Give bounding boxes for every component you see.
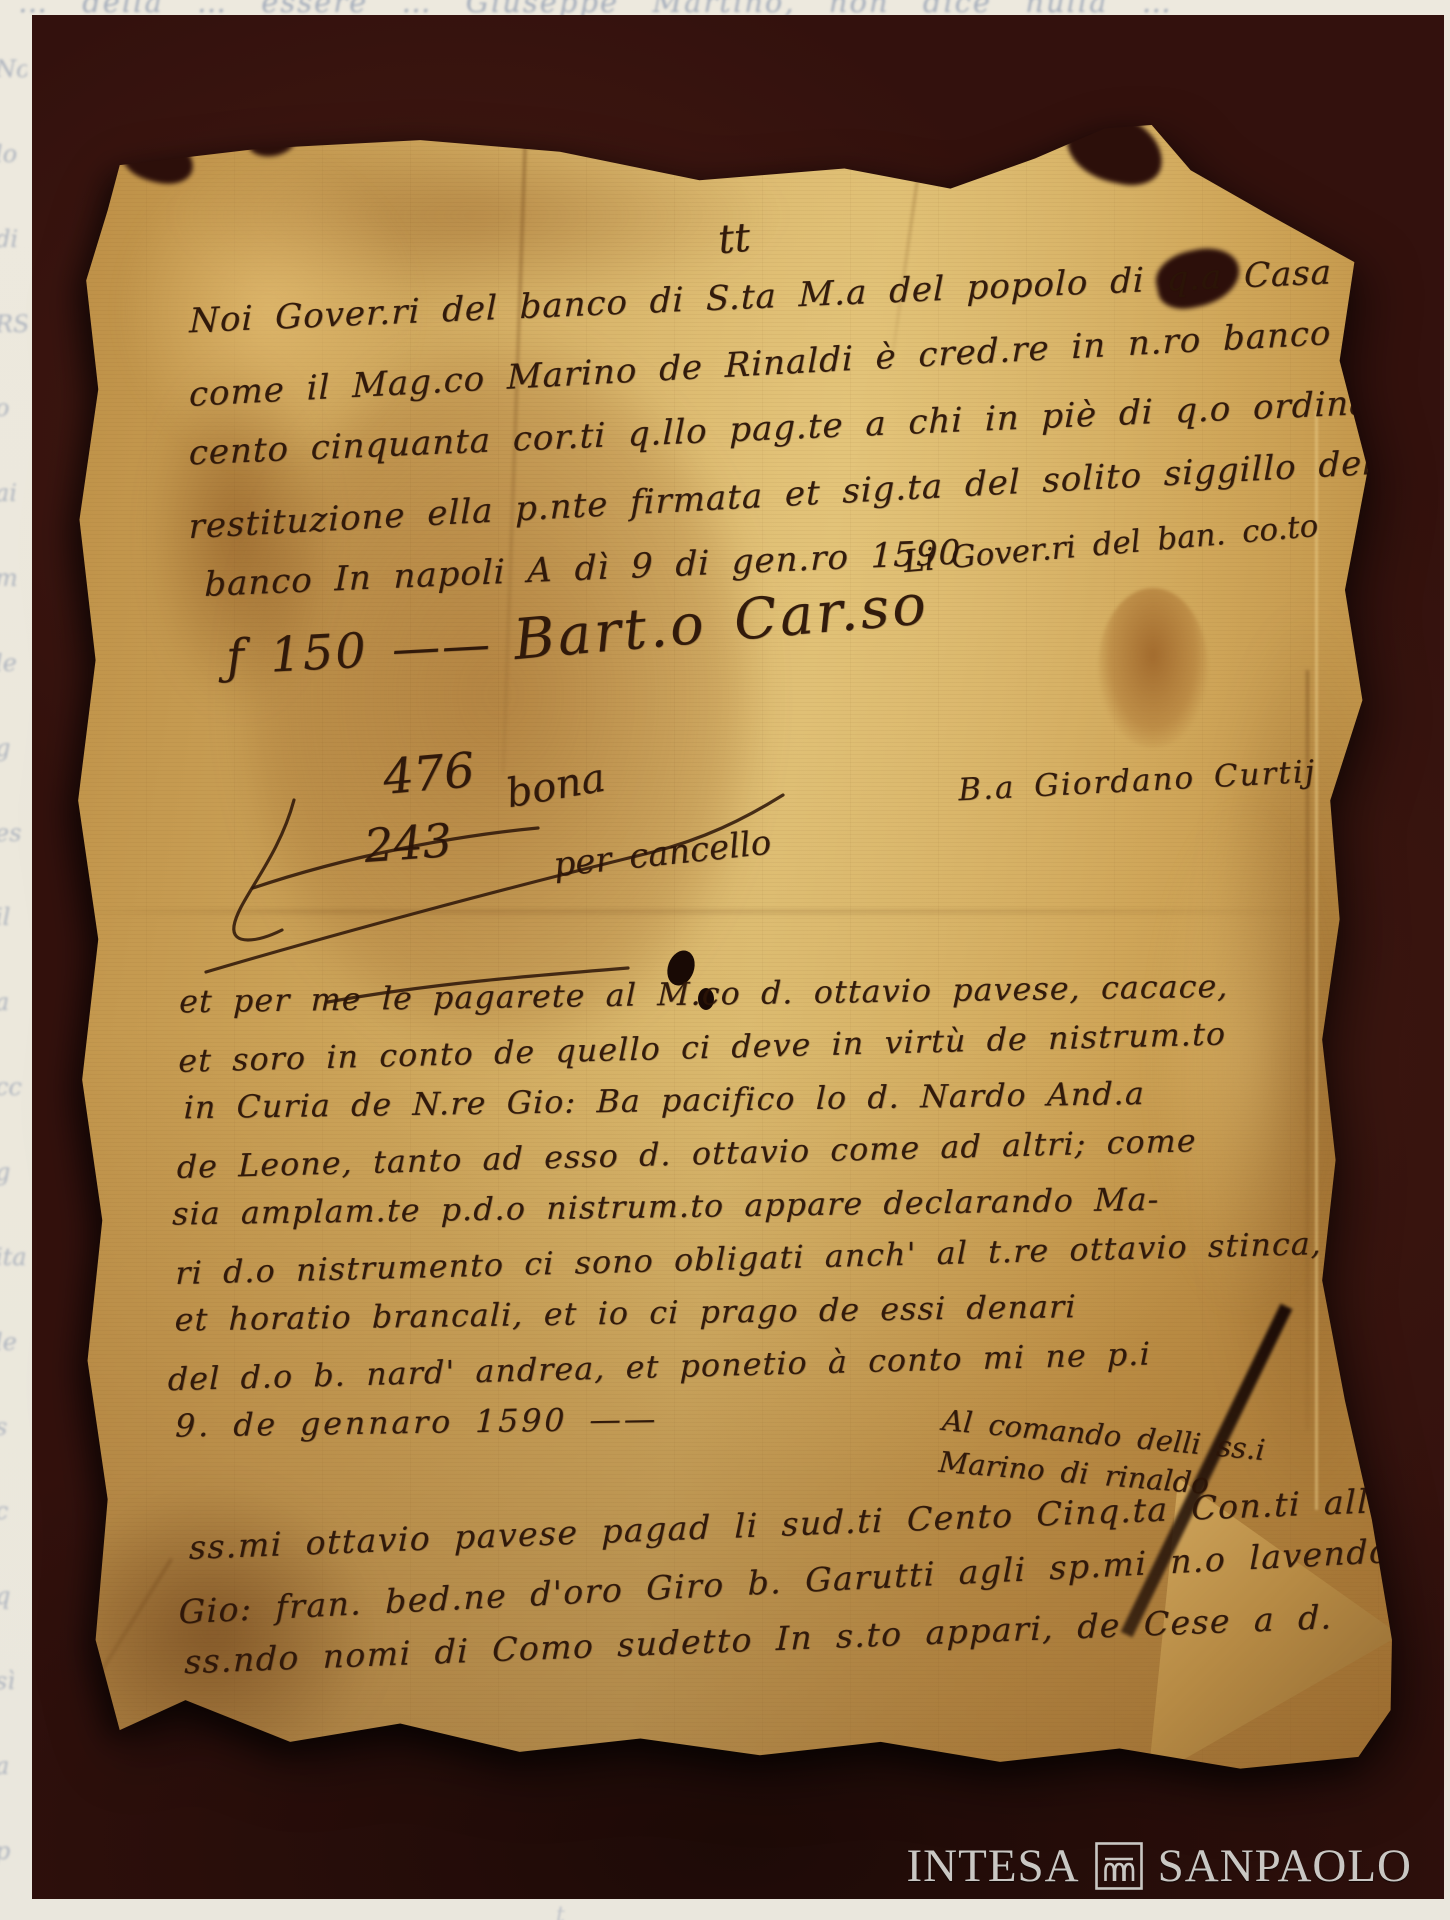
photo-panel: tt Noi Gover.ri del banco di S.ta M.a de… [32,15,1444,1899]
hand-line: RS [0,309,27,337]
document-opening-block: Noi Gover.ri del banco di S.ta M.a del p… [188,227,1450,623]
hand-line: cc [0,1073,27,1101]
intesa-sanpaolo-logo: INTESA SANPAOLO [907,1839,1412,1893]
tt-annotation: tt [716,215,752,264]
hand-line: di [0,225,27,253]
hand-line: es [0,819,27,847]
hand-line: No [0,55,27,83]
endorsement-block: et per me le pagarete al M.co d. ottavio… [173,956,1326,1457]
hand-line: sì [0,1667,27,1695]
logo-text-intesa: INTESA [907,1839,1080,1893]
bleed-through-bottom-text: t [556,1903,565,1920]
hand-line: g [0,734,27,762]
magazine-page: … della … essere … Giuseppe Martino, non… [0,0,1450,1920]
hand-line: o [0,394,27,422]
wax-seal-stain [1098,588,1208,748]
hand-line: p [0,1837,27,1865]
hand-line: a [0,1752,27,1780]
hand-line: g [0,1158,27,1186]
hand-line: ai [0,479,27,507]
bleed-through-left-text: NolodiRSoaimlegesilaccgitalescqsìap [0,55,27,1865]
hand-line: ita [0,1243,27,1271]
hand-line: m [0,564,27,592]
hand-line: a [0,988,27,1016]
hand-line: c [0,1497,27,1525]
logo-text-sanpaolo: SANPAOLO [1158,1839,1412,1893]
parchment-document: tt Noi Gover.ri del banco di S.ta M.a de… [58,110,1400,1782]
hand-line: q [0,1582,27,1610]
parchment-shadow-wrap: tt Noi Gover.ri del banco di S.ta M.a de… [58,110,1400,1782]
hand-line: le [0,649,27,677]
hand-line: le [0,1328,27,1356]
hand-line: lo [0,140,27,168]
aqueduct-icon [1093,1840,1145,1892]
hand-line: il [0,903,27,931]
hand-line: s [0,1412,27,1440]
